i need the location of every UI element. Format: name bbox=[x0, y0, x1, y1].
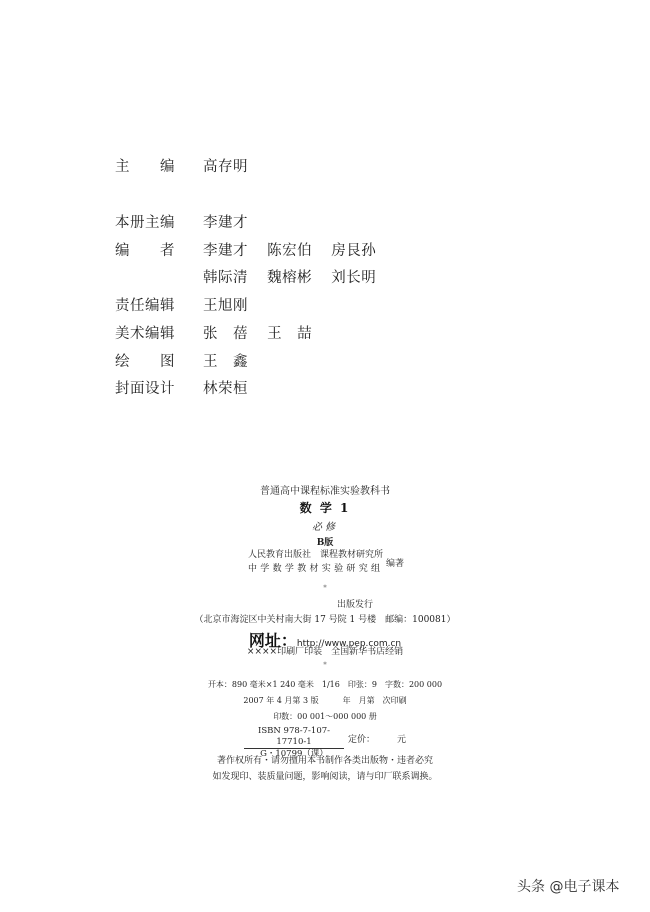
copyright-line-1: 著作权所有・请勿擅用本书制作各类出版物・违者必究 bbox=[0, 753, 650, 766]
credit-names: 张 蓓 王 喆 bbox=[203, 322, 312, 346]
edition-label: B版 bbox=[0, 535, 650, 548]
price: 定价：元 bbox=[348, 732, 406, 745]
credit-role: 本 册 主 编 bbox=[115, 211, 175, 235]
publisher-address: （北京市海淀区中关村南大街 17 号院 1 号楼 邮编：100081） bbox=[0, 612, 650, 625]
credit-names: 王旭刚 bbox=[203, 294, 248, 318]
credit-names: 王 鑫 bbox=[203, 350, 248, 374]
credit-names: 韩际清 魏榕彬 刘长明 bbox=[203, 266, 376, 290]
credit-names: 高存明 bbox=[203, 155, 248, 179]
book-title: 数 学 1 bbox=[0, 499, 650, 516]
credit-role: 主 编 bbox=[115, 155, 175, 179]
copyright-line-2: 如发现印、装质量问题，影响阅读，请与印厂联系调换。 bbox=[0, 769, 650, 782]
separator-star: * bbox=[0, 584, 650, 592]
isbn: ISBN 978-7-107-17710-1 bbox=[244, 726, 344, 749]
credit-names: 林荣桓 bbox=[203, 377, 248, 401]
print-run: 印数：00 001～000 000 册 bbox=[0, 711, 650, 722]
publisher-label: 出版发行 bbox=[0, 597, 650, 610]
author-suffix: 编著 bbox=[386, 556, 404, 569]
credit-names: 李建才 bbox=[203, 211, 248, 235]
book-specs: 开本：890 毫米×1 240 毫米 1/16 印张：9 字数：200 000 bbox=[0, 679, 650, 690]
watermark: 头条 @电子课本 bbox=[517, 876, 619, 896]
credit-role: 封 面 设 计 bbox=[115, 377, 175, 401]
credit-names: 李建才 陈宏伯 房艮孙 bbox=[203, 239, 376, 263]
compulsory-label: 必修 bbox=[0, 518, 650, 533]
credit-role: 责 任 编 辑 bbox=[115, 294, 175, 318]
printing-info: ××××印刷厂印装 全国新华书店经销 bbox=[0, 644, 650, 657]
credit-role: 编 者 bbox=[115, 239, 175, 263]
credit-role: 美 术 编 辑 bbox=[115, 322, 175, 346]
series-title: 普通高中课程标准实验教科书 bbox=[0, 482, 650, 497]
credit-role: 绘 图 bbox=[115, 350, 175, 374]
separator-star-2: * bbox=[0, 661, 650, 669]
edition-date: 2007 年 4 月第 3 版 年 月第 次印刷 bbox=[0, 695, 650, 706]
price-unit: 元 bbox=[397, 735, 406, 745]
price-label: 定价： bbox=[348, 735, 375, 745]
